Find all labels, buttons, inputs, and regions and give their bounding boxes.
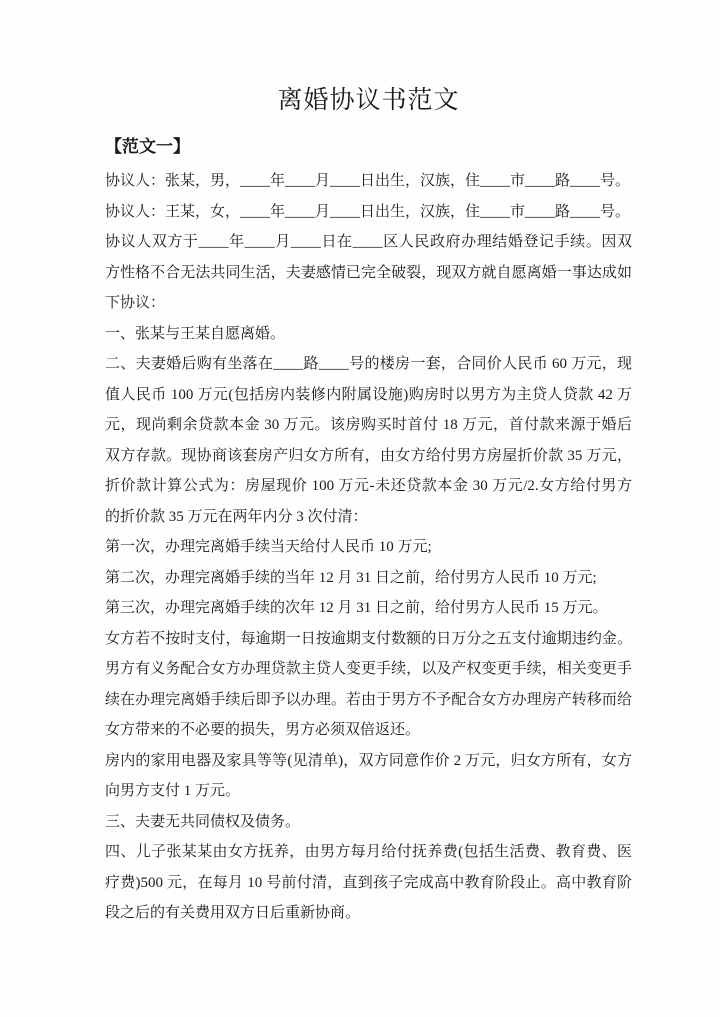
document-line: 双方存款。现协商该套房产归女方所有，由女方给付男方房屋折价款 35 万元， xyxy=(105,441,632,472)
document-line: 协议人：张某，男，____年____月____日出生，汉族，住____市____… xyxy=(105,166,632,197)
document-line: 值人民币 100 万元(包括房内装修内附属设施)购房时以男方为主贷人贷款 42 … xyxy=(105,380,632,411)
document-page: 离婚协议书范文 【范文一】 协议人：张某，男，____年____月____日出生… xyxy=(0,0,720,1017)
document-line: 二、夫妻婚后购有坐落在____路____号的楼房一套，合同价人民币 60 万元，… xyxy=(105,349,632,380)
document-body: 协议人：张某，男，____年____月____日出生，汉族，住____市____… xyxy=(105,166,632,929)
document-line: 续在办理完离婚手续后即予以办理。若由于男方不予配合女方办理房产转移而给 xyxy=(105,685,632,716)
document-line: 男方有义务配合女方办理贷款主贷人变更手续，以及产权变更手续，相关变更手 xyxy=(105,654,632,685)
document-line: 折价款计算公式为：房屋现价 100 万元-未还贷款本金 30 万元/2.女方给付… xyxy=(105,471,632,502)
document-line: 第三次，办理完离婚手续的次年 12 月 31 日之前，给付男方人民币 15 万元… xyxy=(105,593,632,624)
document-line: 协议人：王某，女，____年____月____日出生，汉族，住____市____… xyxy=(105,197,632,228)
document-line: 段之后的有关费用双方日后重新协商。 xyxy=(105,898,632,929)
document-line: 第一次，办理完离婚手续当天给付人民币 10 万元; xyxy=(105,532,632,563)
document-line: 四、儿子张某某由女方抚养，由男方每月给付抚养费(包括生活费、教育费、医 xyxy=(105,837,632,868)
document-line: 向男方支付 1 万元。 xyxy=(105,776,632,807)
document-line: 女方带来的不必要的损失，男方必须双倍返还。 xyxy=(105,715,632,746)
document-line: 一、张某与王某自愿离婚。 xyxy=(105,319,632,350)
document-line: 第二次，办理完离婚手续的当年 12 月 31 日之前，给付男方人民币 10 万元… xyxy=(105,563,632,594)
document-line: 疗费)500 元，在每月 10 号前付清，直到孩子完成高中教育阶段止。高中教育阶 xyxy=(105,868,632,899)
section-label: 【范文一】 xyxy=(105,137,632,157)
document-line: 房内的家用电器及家具等等(见清单)，双方同意作价 2 万元，归女方所有，女方 xyxy=(105,746,632,777)
document-line: 下协议： xyxy=(105,288,632,319)
page-title: 离婚协议书范文 xyxy=(105,86,632,116)
document-line: 协议人双方于____年____月____日在____区人民政府办理结婚登记手续。… xyxy=(105,227,632,258)
document-line: 的折价款 35 万元在两年内分 3 次付清： xyxy=(105,502,632,533)
document-line: 方性格不合无法共同生活，夫妻感情已完全破裂，现双方就自愿离婚一事达成如 xyxy=(105,258,632,289)
document-line: 元，现尚剩余贷款本金 30 万元。该房购买时首付 18 万元，首付款来源于婚后 xyxy=(105,410,632,441)
document-line: 三、夫妻无共同债权及债务。 xyxy=(105,807,632,838)
document-line: 女方若不按时支付，每逾期一日按逾期支付数额的日万分之五支付逾期违约金。 xyxy=(105,624,632,655)
